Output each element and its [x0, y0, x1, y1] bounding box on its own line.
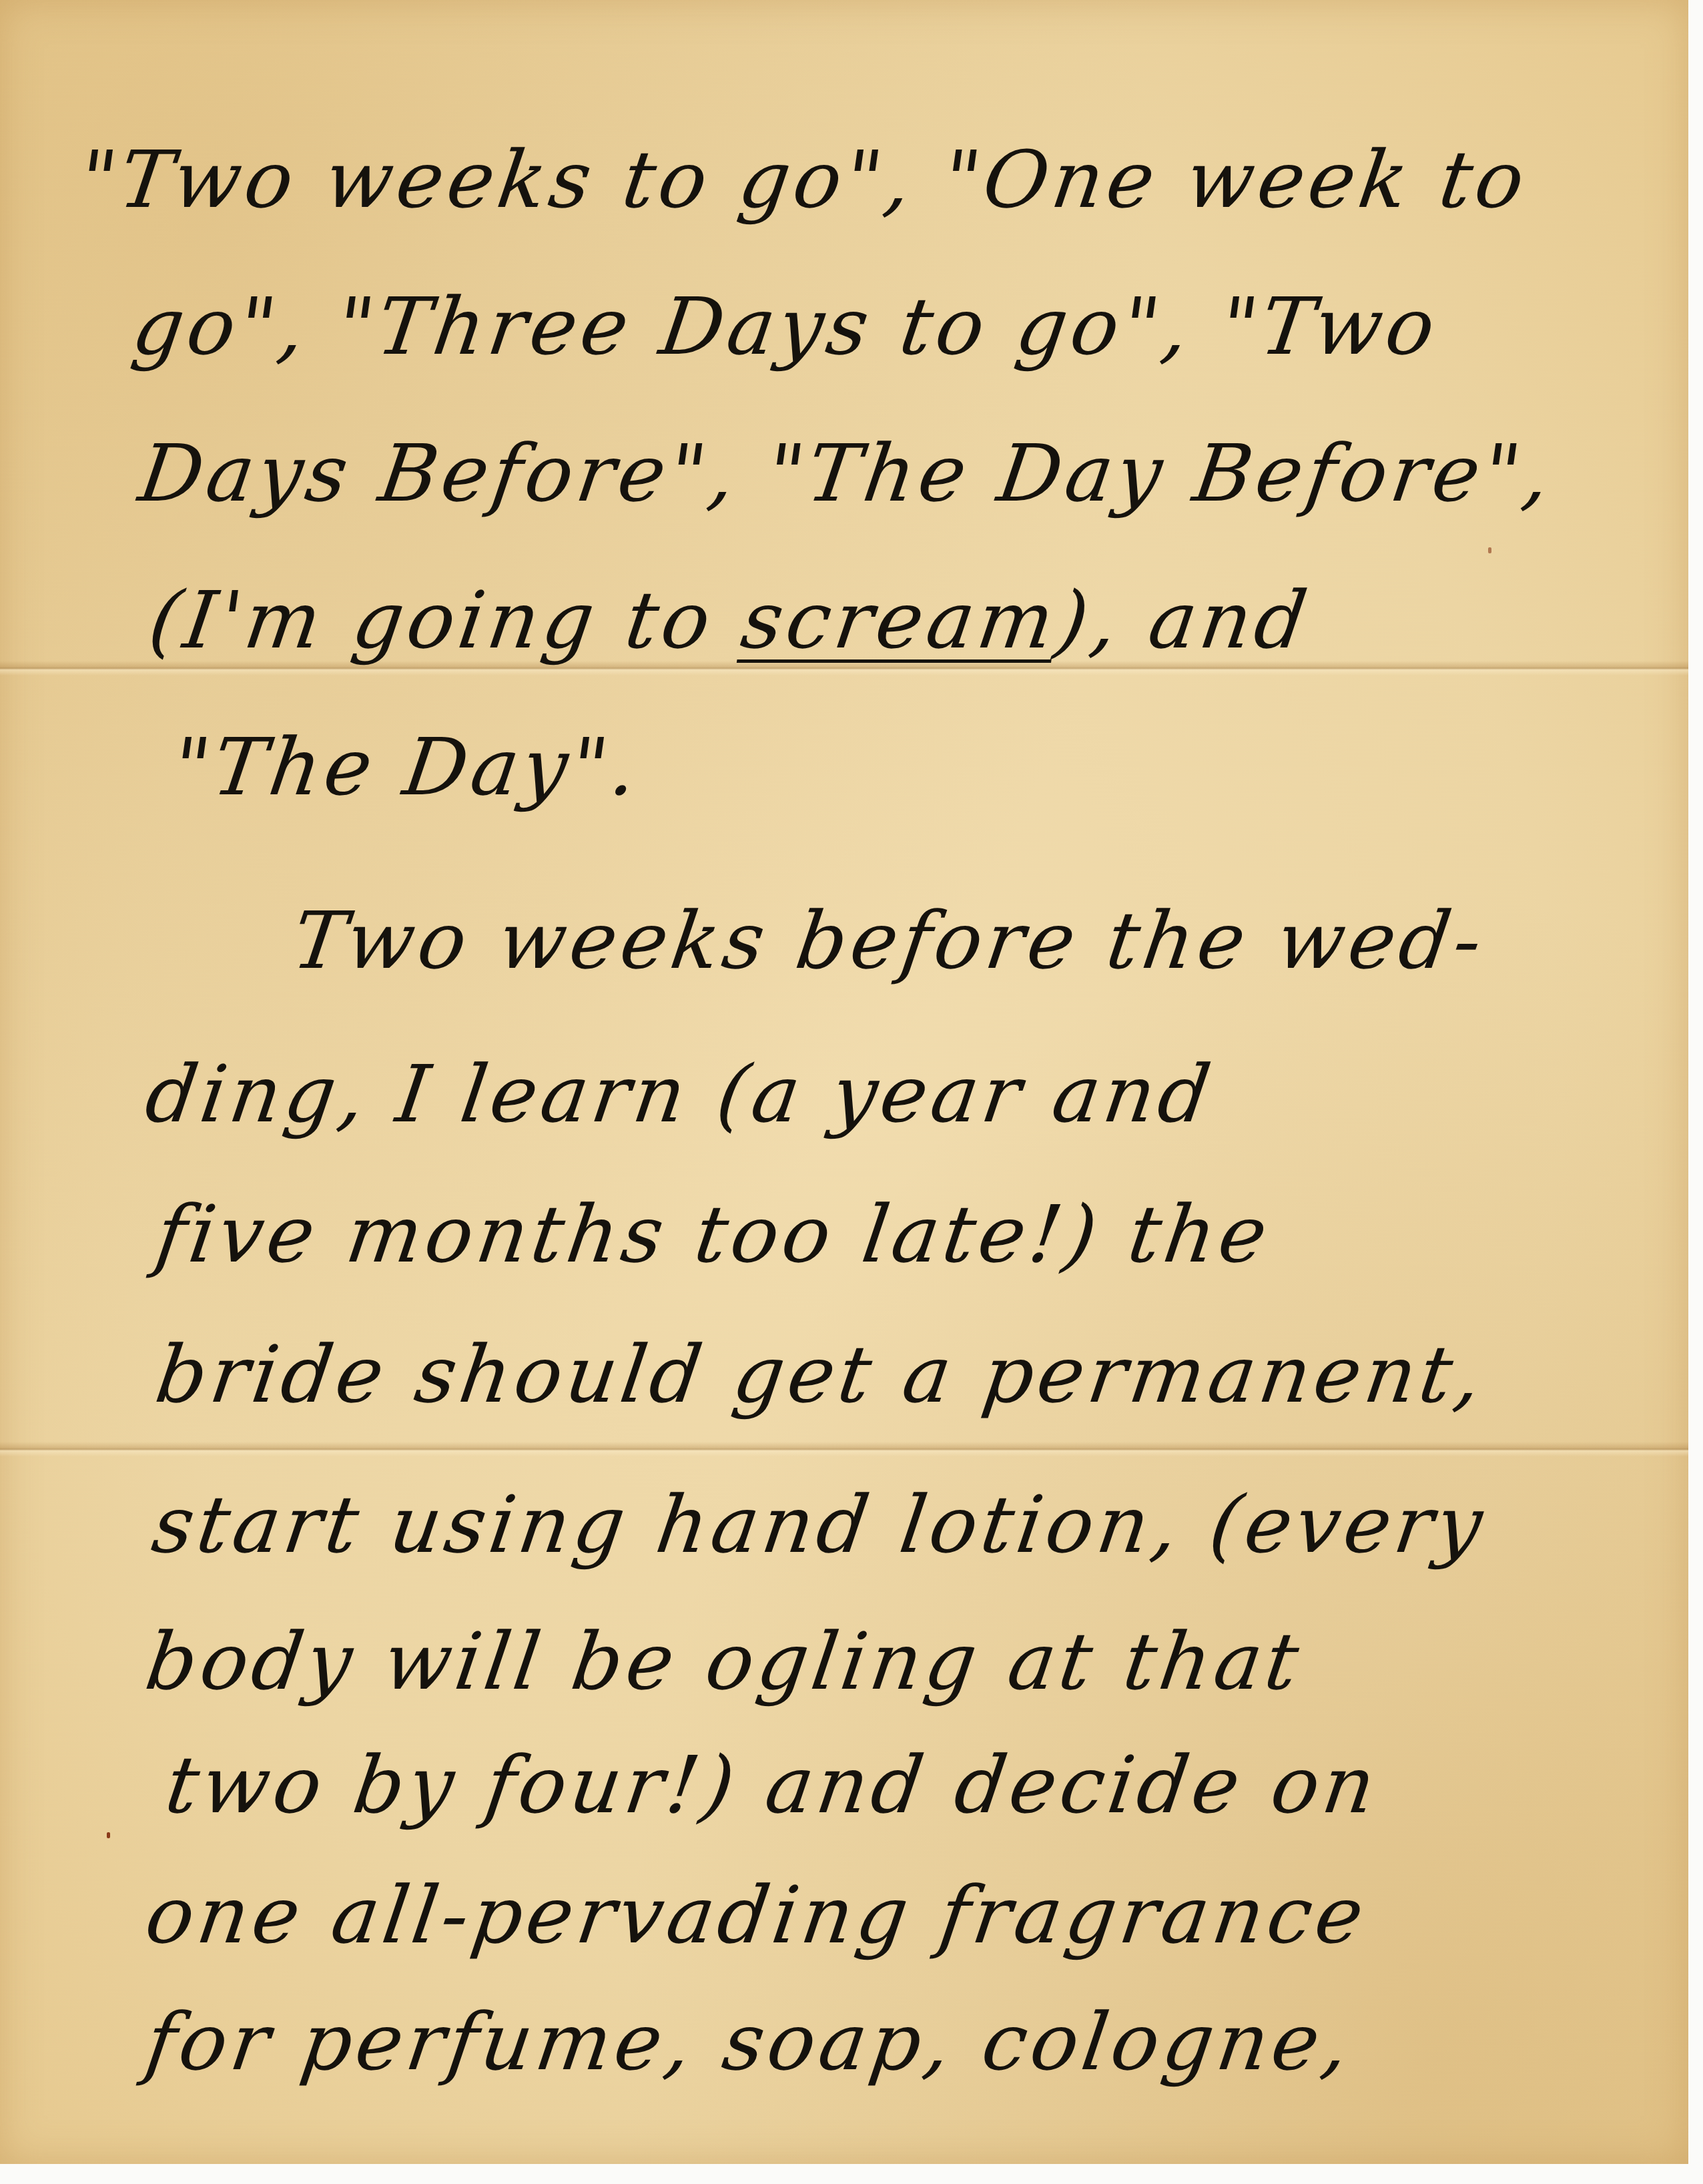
letter-line-12: two by four!) and decide on [161, 1745, 1384, 1824]
letter-line-11: body will be ogling at that [141, 1622, 1307, 1701]
letter-line-4-end: ), and [1050, 574, 1316, 666]
underlined-word-scream: scream [736, 574, 1064, 666]
letter-line-6-paragraph-start: Two weeks before the wed- [288, 901, 1491, 980]
letter-line-4-start: (I'm going to [143, 574, 749, 666]
letter-line-4: (I'm going to scream), and [145, 581, 1315, 659]
ink-speck [1488, 547, 1491, 553]
letter-line-8: five months too late!) the [151, 1195, 1276, 1274]
letter-line-9: bride should get a permanent, [151, 1335, 1490, 1414]
letter-paper: "Two weeks to go", "One week to go", "Th… [0, 0, 1688, 2164]
letter-line-13: one all-pervading fragrance [141, 1876, 1372, 1954]
letter-line-2: go", "Three Days to go", "Two [128, 287, 1443, 366]
letter-line-10: start using hand lotion, (every [148, 1485, 1491, 1564]
letter-line-14: for perfume, soap, cologne, [141, 2002, 1358, 2081]
fold-crease-lower [0, 1442, 1688, 1456]
letter-line-7: ding, I learn (a year and [141, 1055, 1219, 1133]
letter-line-1: "Two weeks to go", "One week to [75, 140, 1533, 219]
letter-line-5: "The Day". [168, 728, 646, 806]
letter-line-3: Days Before", "The Day Before", [135, 434, 1559, 513]
ink-speck [107, 1832, 110, 1838]
